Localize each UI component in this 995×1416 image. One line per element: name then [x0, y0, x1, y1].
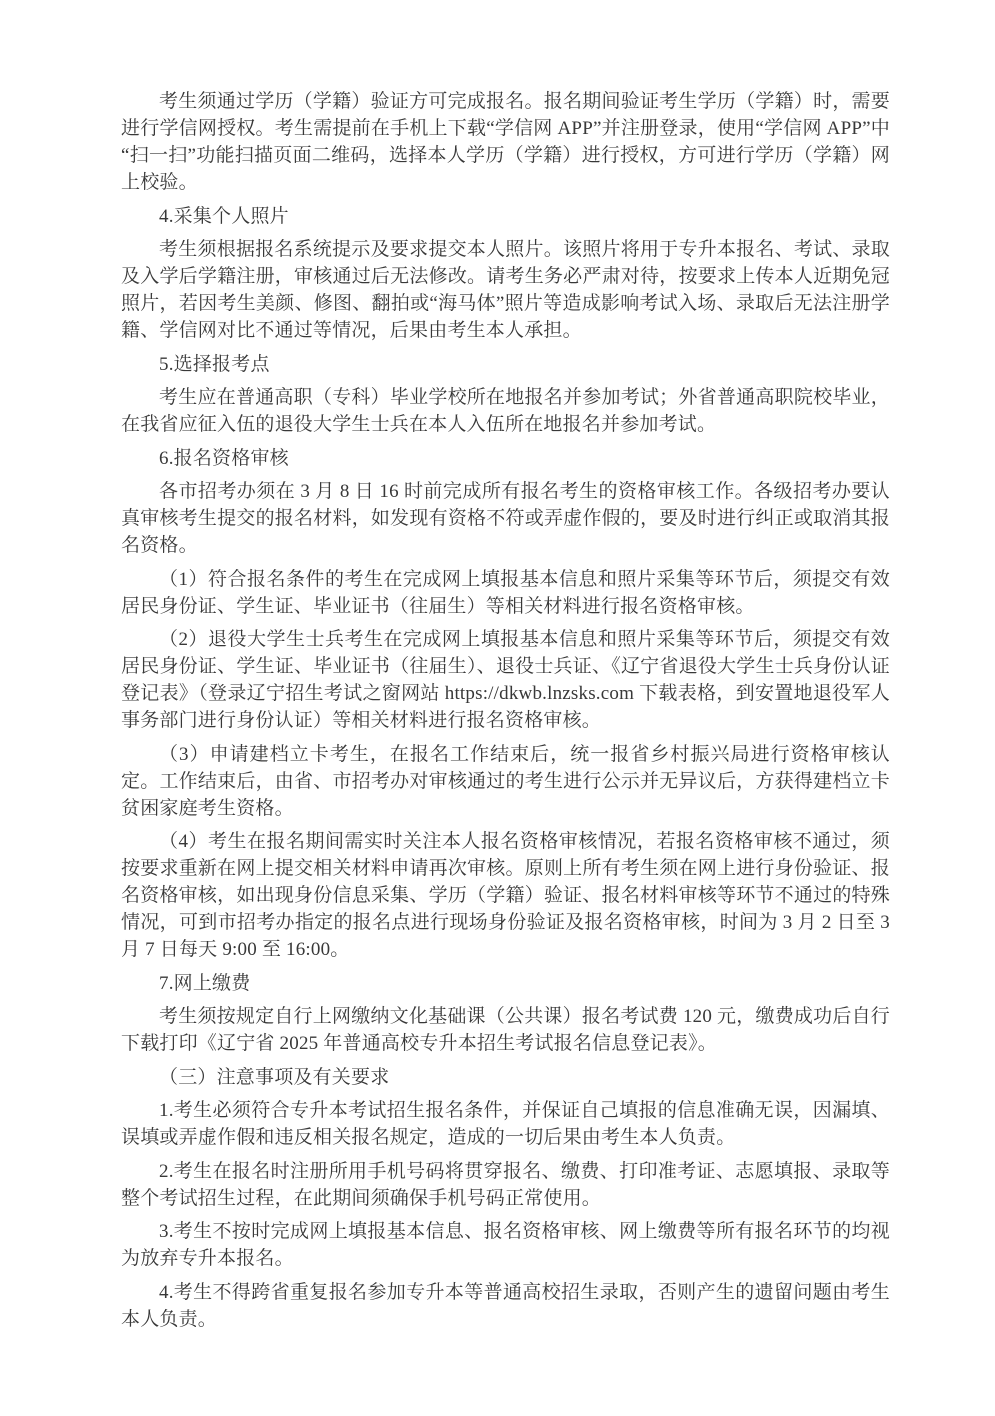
section-heading: 5.选择报考点 [121, 351, 890, 378]
paragraph: （2）退役大学生士兵考生在完成网上填报基本信息和照片采集等环节后，须提交有效居民… [121, 626, 890, 734]
paragraph: 考生须根据报名系统提示及要求提交本人照片。该照片将用于专升本报名、考试、录取及入… [121, 236, 890, 344]
document-page: 考生须通过学历（学籍）验证方可完成报名。报名期间验证考生学历（学籍）时，需要进行… [0, 0, 995, 1416]
paragraph: 考生应在普通高职（专科）毕业学校所在地报名并参加考试；外省普通高职院校毕业，在我… [121, 384, 890, 438]
document-body: 考生须通过学历（学籍）验证方可完成报名。报名期间验证考生学历（学籍）时，需要进行… [121, 88, 890, 1339]
paragraph: 考生须按规定自行上网缴纳文化基础课（公共课）报名考试费 120 元，缴费成功后自… [121, 1003, 890, 1057]
section-heading: （三）注意事项及有关要求 [121, 1064, 890, 1091]
paragraph: （3）申请建档立卡考生，在报名工作结束后，统一报省乡村振兴局进行资格审核认定。工… [121, 741, 890, 822]
paragraph: 3.考生不按时完成网上填报基本信息、报名资格审核、网上缴费等所有报名环节的均视为… [121, 1218, 890, 1272]
section-heading: 7.网上缴费 [121, 970, 890, 997]
paragraph: 2.考生在报名时注册所用手机号码将贯穿报名、缴费、打印准考证、志愿填报、录取等整… [121, 1158, 890, 1212]
paragraph: 4.考生不得跨省重复报名参加专升本等普通高校招生录取，否则产生的遗留问题由考生本… [121, 1279, 890, 1333]
section-heading: 6.报名资格审核 [121, 445, 890, 472]
paragraph: 1.考生必须符合专升本考试招生报名条件，并保证自己填报的信息准确无误，因漏填、误… [121, 1097, 890, 1151]
section-heading: 4.采集个人照片 [121, 203, 890, 230]
paragraph: 考生须通过学历（学籍）验证方可完成报名。报名期间验证考生学历（学籍）时，需要进行… [121, 88, 890, 196]
paragraph: （4）考生在报名期间需实时关注本人报名资格审核情况，若报名资格审核不通过，须按要… [121, 828, 890, 963]
paragraph: 各市招考办须在 3 月 8 日 16 时前完成所有报名考生的资格审核工作。各级招… [121, 478, 890, 559]
paragraph: （1）符合报名条件的考生在完成网上填报基本信息和照片采集等环节后，须提交有效居民… [121, 566, 890, 620]
